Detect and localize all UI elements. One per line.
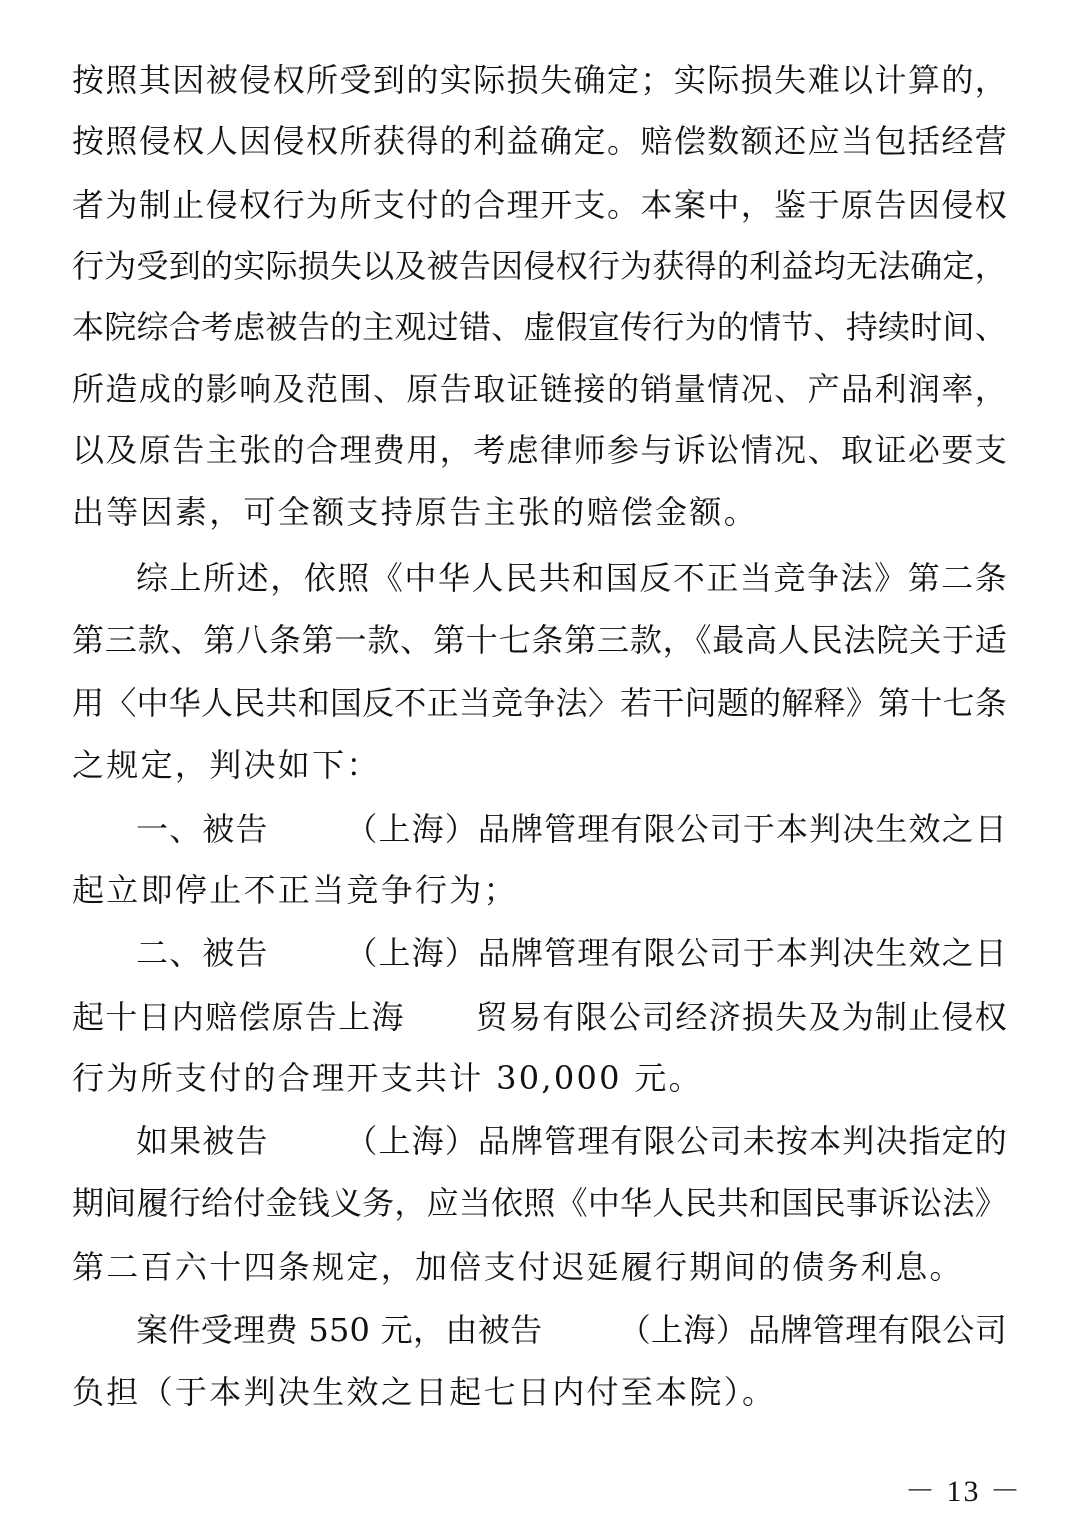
case-fee-line-1: 案件受理费 550 元，由被告（上海）品牌管理有限公司: [136, 1307, 1007, 1353]
body-line-2: 按照侵权人因侵权所获得的利益确定。赔偿数额还应当包括经营: [72, 118, 1007, 164]
page-number: － 13 －: [905, 1472, 1022, 1512]
judgment-item-1-line-1: 一、被告（上海）品牌管理有限公司于本判决生效之日: [136, 806, 1007, 852]
judgment-item-2-plaintiff: 起十日内赔偿原告上海: [72, 998, 405, 1036]
case-fee-line-2: 负担（于本判决生效之日起七日内付至本院）。: [72, 1369, 1007, 1415]
legal-basis-line-1: 综上所述，依照《中华人民共和国反不正当竞争法》第二条: [136, 555, 1007, 601]
default-interest-line-2: 期间履行给付金钱义务，应当依照《中华人民共和国民事诉讼法》: [72, 1180, 1007, 1226]
body-line-1: 按照其因被侵权所受到的实际损失确定；实际损失难以计算的，: [72, 57, 1007, 103]
document-page: 按照其因被侵权所受到的实际损失确定；实际损失难以计算的， 按照侵权人因侵权所获得…: [0, 0, 1074, 1519]
redacted-name-gap: [405, 1027, 475, 1028]
default-interest-line-3: 第二百六十四条规定，加倍支付迟延履行期间的债务利息。: [72, 1244, 1007, 1290]
body-line-3: 者为制止侵权行为所支付的合理开支。本案中，鉴于原告因侵权: [72, 182, 1007, 228]
redacted-name-gap: [543, 1340, 619, 1341]
judgment-item-2-line-2: 起十日内赔偿原告上海贸易有限公司经济损失及为制止侵权: [72, 994, 1007, 1040]
redacted-name-gap: [269, 839, 345, 840]
default-interest-line-1: 如果被告（上海）品牌管理有限公司未按本判决指定的: [136, 1118, 1007, 1164]
body-line-4: 行为受到的实际损失以及被告因侵权行为获得的利益均无法确定，: [72, 243, 1007, 289]
judgment-item-2-prefix: 二、被告: [136, 934, 269, 972]
body-line-6: 所造成的影响及范围、原告取证链接的销量情况、产品利润率，: [72, 366, 1007, 412]
judgment-item-1-line-2: 起立即停止不正当竞争行为；: [72, 867, 1007, 913]
judgment-item-1-company: （上海）品牌管理有限公司于本判决生效之日: [345, 810, 1007, 848]
judgment-item-2-damages: 贸易有限公司经济损失及为制止侵权: [475, 998, 1007, 1036]
judgment-item-2-line-3: 行为所支付的合理开支共计 30,000 元。: [72, 1055, 1007, 1101]
body-line-5: 本院综合考虑被告的主观过错、虚假宣传行为的情节、持续时间、: [72, 304, 1007, 350]
legal-basis-line-4: 之规定，判决如下：: [72, 742, 1007, 788]
judgment-item-2-line-1: 二、被告（上海）品牌管理有限公司于本判决生效之日: [136, 930, 1007, 976]
body-line-7: 以及原告主张的合理费用，考虑律师参与诉讼情况、取证必要支: [72, 427, 1007, 473]
judgment-item-1-prefix: 一、被告: [136, 810, 269, 848]
case-fee-company: （上海）品牌管理有限公司: [619, 1311, 1007, 1349]
redacted-name-gap: [269, 1151, 345, 1152]
judgment-item-2-company: （上海）品牌管理有限公司于本判决生效之日: [345, 934, 1007, 972]
legal-basis-line-3: 用〈中华人民共和国反不正当竞争法〉若干问题的解释》第十七条: [72, 680, 1007, 726]
redacted-name-gap: [269, 963, 345, 964]
default-interest-prefix: 如果被告: [136, 1122, 269, 1160]
case-fee-prefix: 案件受理费 550 元，由被告: [136, 1311, 543, 1349]
body-line-8: 出等因素，可全额支持原告主张的赔偿金额。: [72, 489, 1007, 535]
default-interest-company: （上海）品牌管理有限公司未按本判决指定的: [345, 1122, 1007, 1160]
legal-basis-line-2: 第三款、第八条第一款、第十七条第三款，《最高人民法院关于适: [72, 617, 1007, 663]
